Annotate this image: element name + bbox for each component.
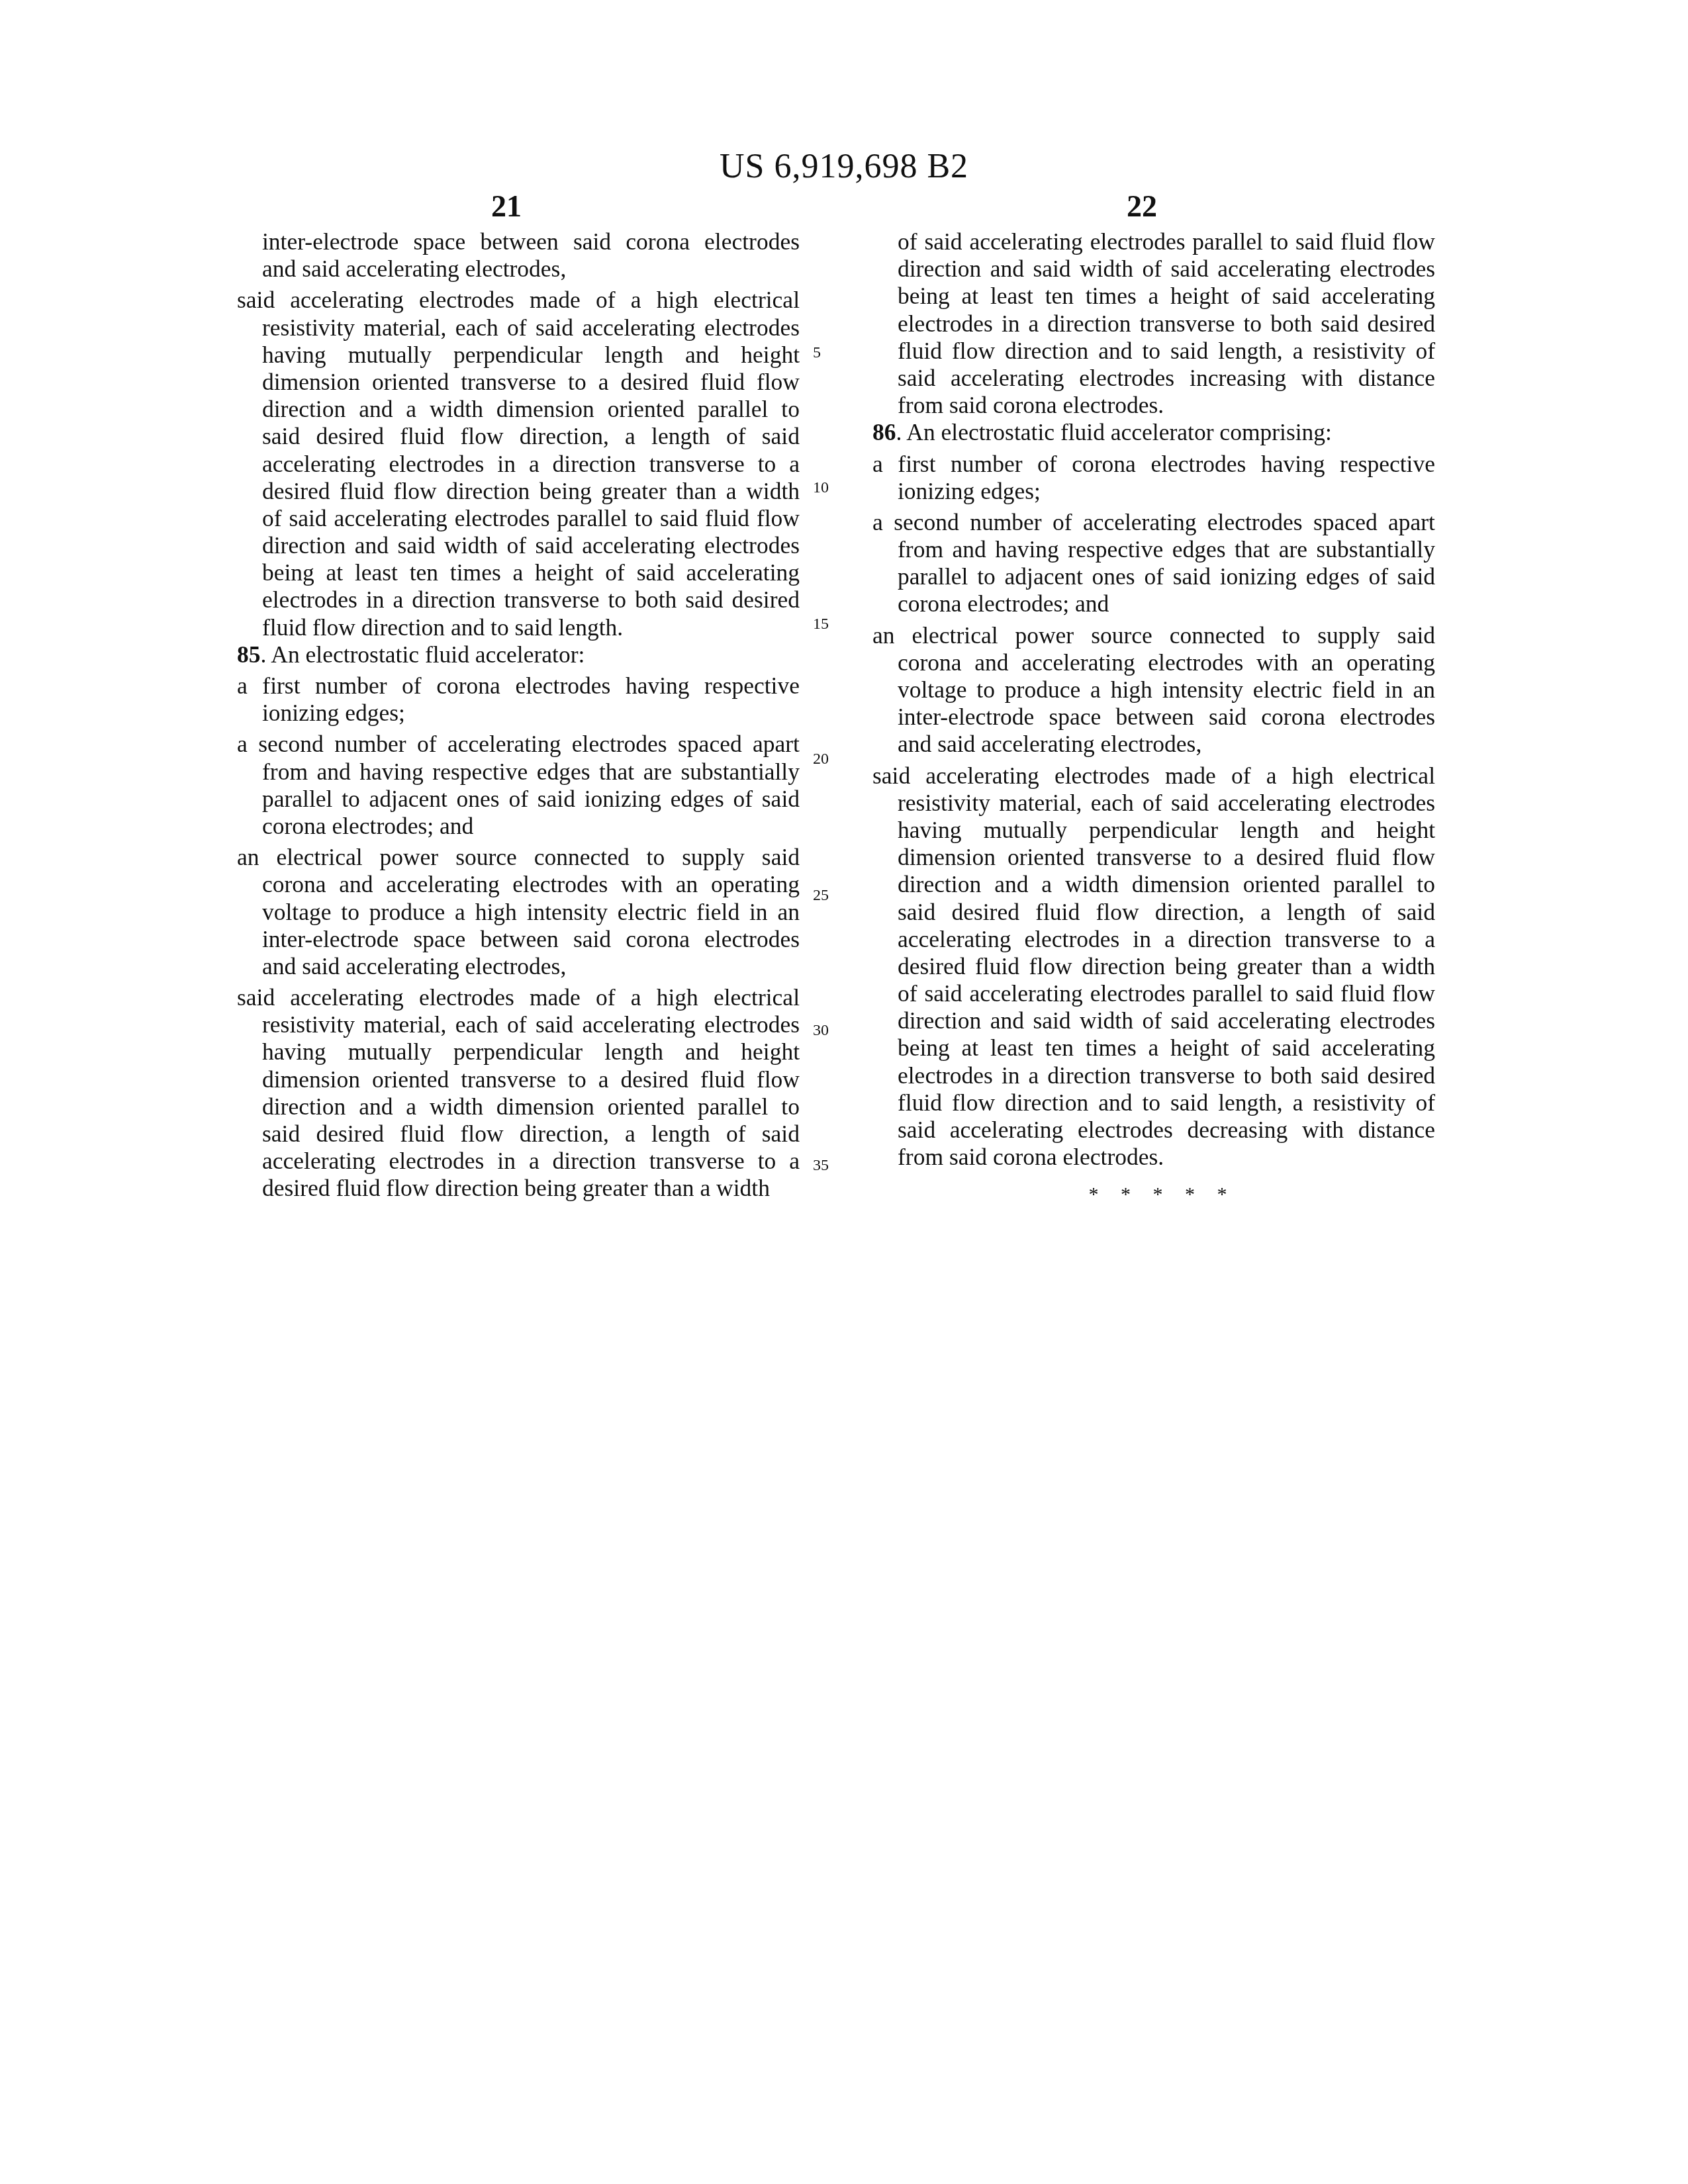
claim-number: 86 — [872, 419, 896, 445]
claim-paragraph: an electrical power source connected to … — [872, 618, 1435, 758]
claim-heading: 86. An electrostatic fluid accelerator c… — [872, 419, 1435, 446]
text-line: a first number of corona electrodes havi… — [872, 451, 1435, 478]
text-line: resistivity material, each of said accel… — [262, 314, 800, 341]
text-line: 86. An electrostatic fluid accelerator c… — [872, 419, 1435, 446]
text-line: a second number of accelerating electrod… — [872, 509, 1435, 536]
claim-paragraph: a second number of accelerating electrod… — [237, 727, 800, 840]
line-number: 15 — [813, 615, 839, 633]
text-line: dimension oriented transverse to a desir… — [262, 1066, 800, 1093]
text-line: fluid flow direction and to said length,… — [898, 338, 1435, 365]
text-line: parallel to adjacent ones of said ionizi… — [898, 563, 1435, 590]
text-line: resistivity material, each of said accel… — [898, 790, 1435, 817]
text-line: having mutually perpendicular length and… — [898, 817, 1435, 844]
text-line: and said accelerating electrodes, — [262, 255, 800, 283]
claim-heading: 85. An electrostatic fluid accelerator: — [237, 641, 800, 668]
text-line: desired fluid flow direction being great… — [262, 1175, 800, 1202]
text-line: desired fluid flow direction being great… — [898, 953, 1435, 980]
text-line: a first number of corona electrodes havi… — [237, 672, 800, 700]
text-line: of said accelerating electrodes parallel… — [898, 980, 1435, 1007]
text-line: being at least ten times a height of sai… — [262, 559, 800, 586]
claim-preamble: . An electrostatic fluid accelerator: — [261, 641, 585, 668]
text-line: electrodes in a direction transverse to … — [898, 310, 1435, 338]
text-line: from said corona electrodes. — [898, 1144, 1435, 1171]
text-line: of said accelerating electrodes parallel… — [898, 228, 1435, 255]
line-number: 35 — [813, 1157, 839, 1175]
text-line: corona and accelerating electrodes with … — [262, 871, 800, 898]
text-line: having mutually perpendicular length and… — [262, 341, 800, 369]
line-number: 20 — [813, 751, 839, 768]
text-line: said desired fluid flow direction, a len… — [262, 423, 800, 450]
text-line: an electrical power source connected to … — [872, 622, 1435, 649]
text-line: and said accelerating electrodes, — [898, 731, 1435, 758]
line-number: 5 — [813, 344, 839, 362]
text-line: said accelerating electrodes made of a h… — [872, 762, 1435, 790]
text-line: said accelerating electrodes made of a h… — [237, 984, 800, 1011]
text-line: corona and accelerating electrodes with … — [898, 649, 1435, 676]
right-column-number: 22 — [1076, 189, 1208, 224]
text-line: and said accelerating electrodes, — [262, 953, 800, 980]
text-line: inter-electrode space between said coron… — [262, 228, 800, 255]
text-line: from and having respective edges that ar… — [898, 536, 1435, 563]
claim-paragraph: a first number of corona electrodes havi… — [237, 668, 800, 727]
text-line: ionizing edges; — [898, 478, 1435, 505]
text-line: desired fluid flow direction being great… — [262, 478, 800, 505]
left-text-column: inter-electrode space between said coron… — [237, 228, 800, 1203]
claim-paragraph: inter-electrode space between said coron… — [237, 228, 800, 283]
text-line: fluid flow direction and to said length,… — [898, 1089, 1435, 1116]
text-line: from said corona electrodes. — [898, 392, 1435, 419]
text-line: electrodes in a direction transverse to … — [262, 586, 800, 614]
text-line: being at least ten times a height of sai… — [898, 283, 1435, 310]
claim-number: 85 — [237, 641, 261, 668]
text-line: ionizing edges; — [262, 700, 800, 727]
end-of-document-marker: * * * * * — [847, 1183, 1470, 1206]
line-number: 10 — [813, 479, 839, 497]
text-line: from and having respective edges that ar… — [262, 758, 800, 786]
text-line: voltage to produce a high intensity elec… — [898, 676, 1435, 704]
text-line: said desired fluid flow direction, a len… — [262, 1120, 800, 1148]
text-line: of said accelerating electrodes parallel… — [262, 505, 800, 532]
line-number: 30 — [813, 1022, 839, 1040]
claim-paragraph: of said accelerating electrodes parallel… — [872, 228, 1435, 419]
claim-paragraph: said accelerating electrodes made of a h… — [872, 758, 1435, 1171]
text-line: said accelerating electrodes decreasing … — [898, 1116, 1435, 1144]
text-line: an electrical power source connected to … — [237, 844, 800, 871]
text-line: inter-electrode space between said coron… — [262, 926, 800, 953]
text-line: said accelerating electrodes made of a h… — [237, 287, 800, 314]
text-line: parallel to adjacent ones of said ionizi… — [262, 786, 800, 813]
text-line: voltage to produce a high intensity elec… — [262, 899, 800, 926]
text-line: having mutually perpendicular length and… — [262, 1038, 800, 1066]
claim-paragraph: said accelerating electrodes made of a h… — [237, 283, 800, 641]
text-line: corona electrodes; and — [898, 590, 1435, 617]
text-line: accelerating electrodes in a direction t… — [262, 1148, 800, 1175]
claim-paragraph: an electrical power source connected to … — [237, 840, 800, 980]
text-line: said accelerating electrodes increasing … — [898, 365, 1435, 392]
text-line: said desired fluid flow direction, a len… — [898, 899, 1435, 926]
text-line: direction and said width of said acceler… — [898, 255, 1435, 283]
text-line: dimension oriented transverse to a desir… — [262, 369, 800, 396]
text-line: direction and said width of said acceler… — [898, 1007, 1435, 1034]
patent-number-header: US 6,919,698 B2 — [0, 147, 1688, 186]
text-line: 85. An electrostatic fluid accelerator: — [237, 641, 800, 668]
text-line: direction and a width dimension oriented… — [262, 396, 800, 423]
right-text-column: of said accelerating electrodes parallel… — [872, 228, 1435, 1171]
left-column-number: 21 — [440, 189, 573, 224]
line-number: 25 — [813, 887, 839, 905]
text-line: fluid flow direction and to said length. — [262, 614, 800, 641]
text-line: direction and a width dimension oriented… — [898, 871, 1435, 898]
text-line: direction and said width of said acceler… — [262, 532, 800, 559]
text-line: a second number of accelerating electrod… — [237, 731, 800, 758]
text-line: accelerating electrodes in a direction t… — [898, 926, 1435, 953]
claim-paragraph: a second number of accelerating electrod… — [872, 505, 1435, 618]
text-line: electrodes in a direction transverse to … — [898, 1062, 1435, 1089]
text-line: inter-electrode space between said coron… — [898, 704, 1435, 731]
claim-paragraph: a first number of corona electrodes havi… — [872, 447, 1435, 505]
text-line: being at least ten times a height of sai… — [898, 1034, 1435, 1062]
text-line: corona electrodes; and — [262, 813, 800, 840]
text-line: resistivity material, each of said accel… — [262, 1011, 800, 1038]
claim-paragraph: said accelerating electrodes made of a h… — [237, 980, 800, 1203]
text-line: direction and a width dimension oriented… — [262, 1093, 800, 1120]
text-line: dimension oriented transverse to a desir… — [898, 844, 1435, 871]
text-line: accelerating electrodes in a direction t… — [262, 451, 800, 478]
claim-preamble: . An electrostatic fluid accelerator com… — [896, 419, 1332, 445]
